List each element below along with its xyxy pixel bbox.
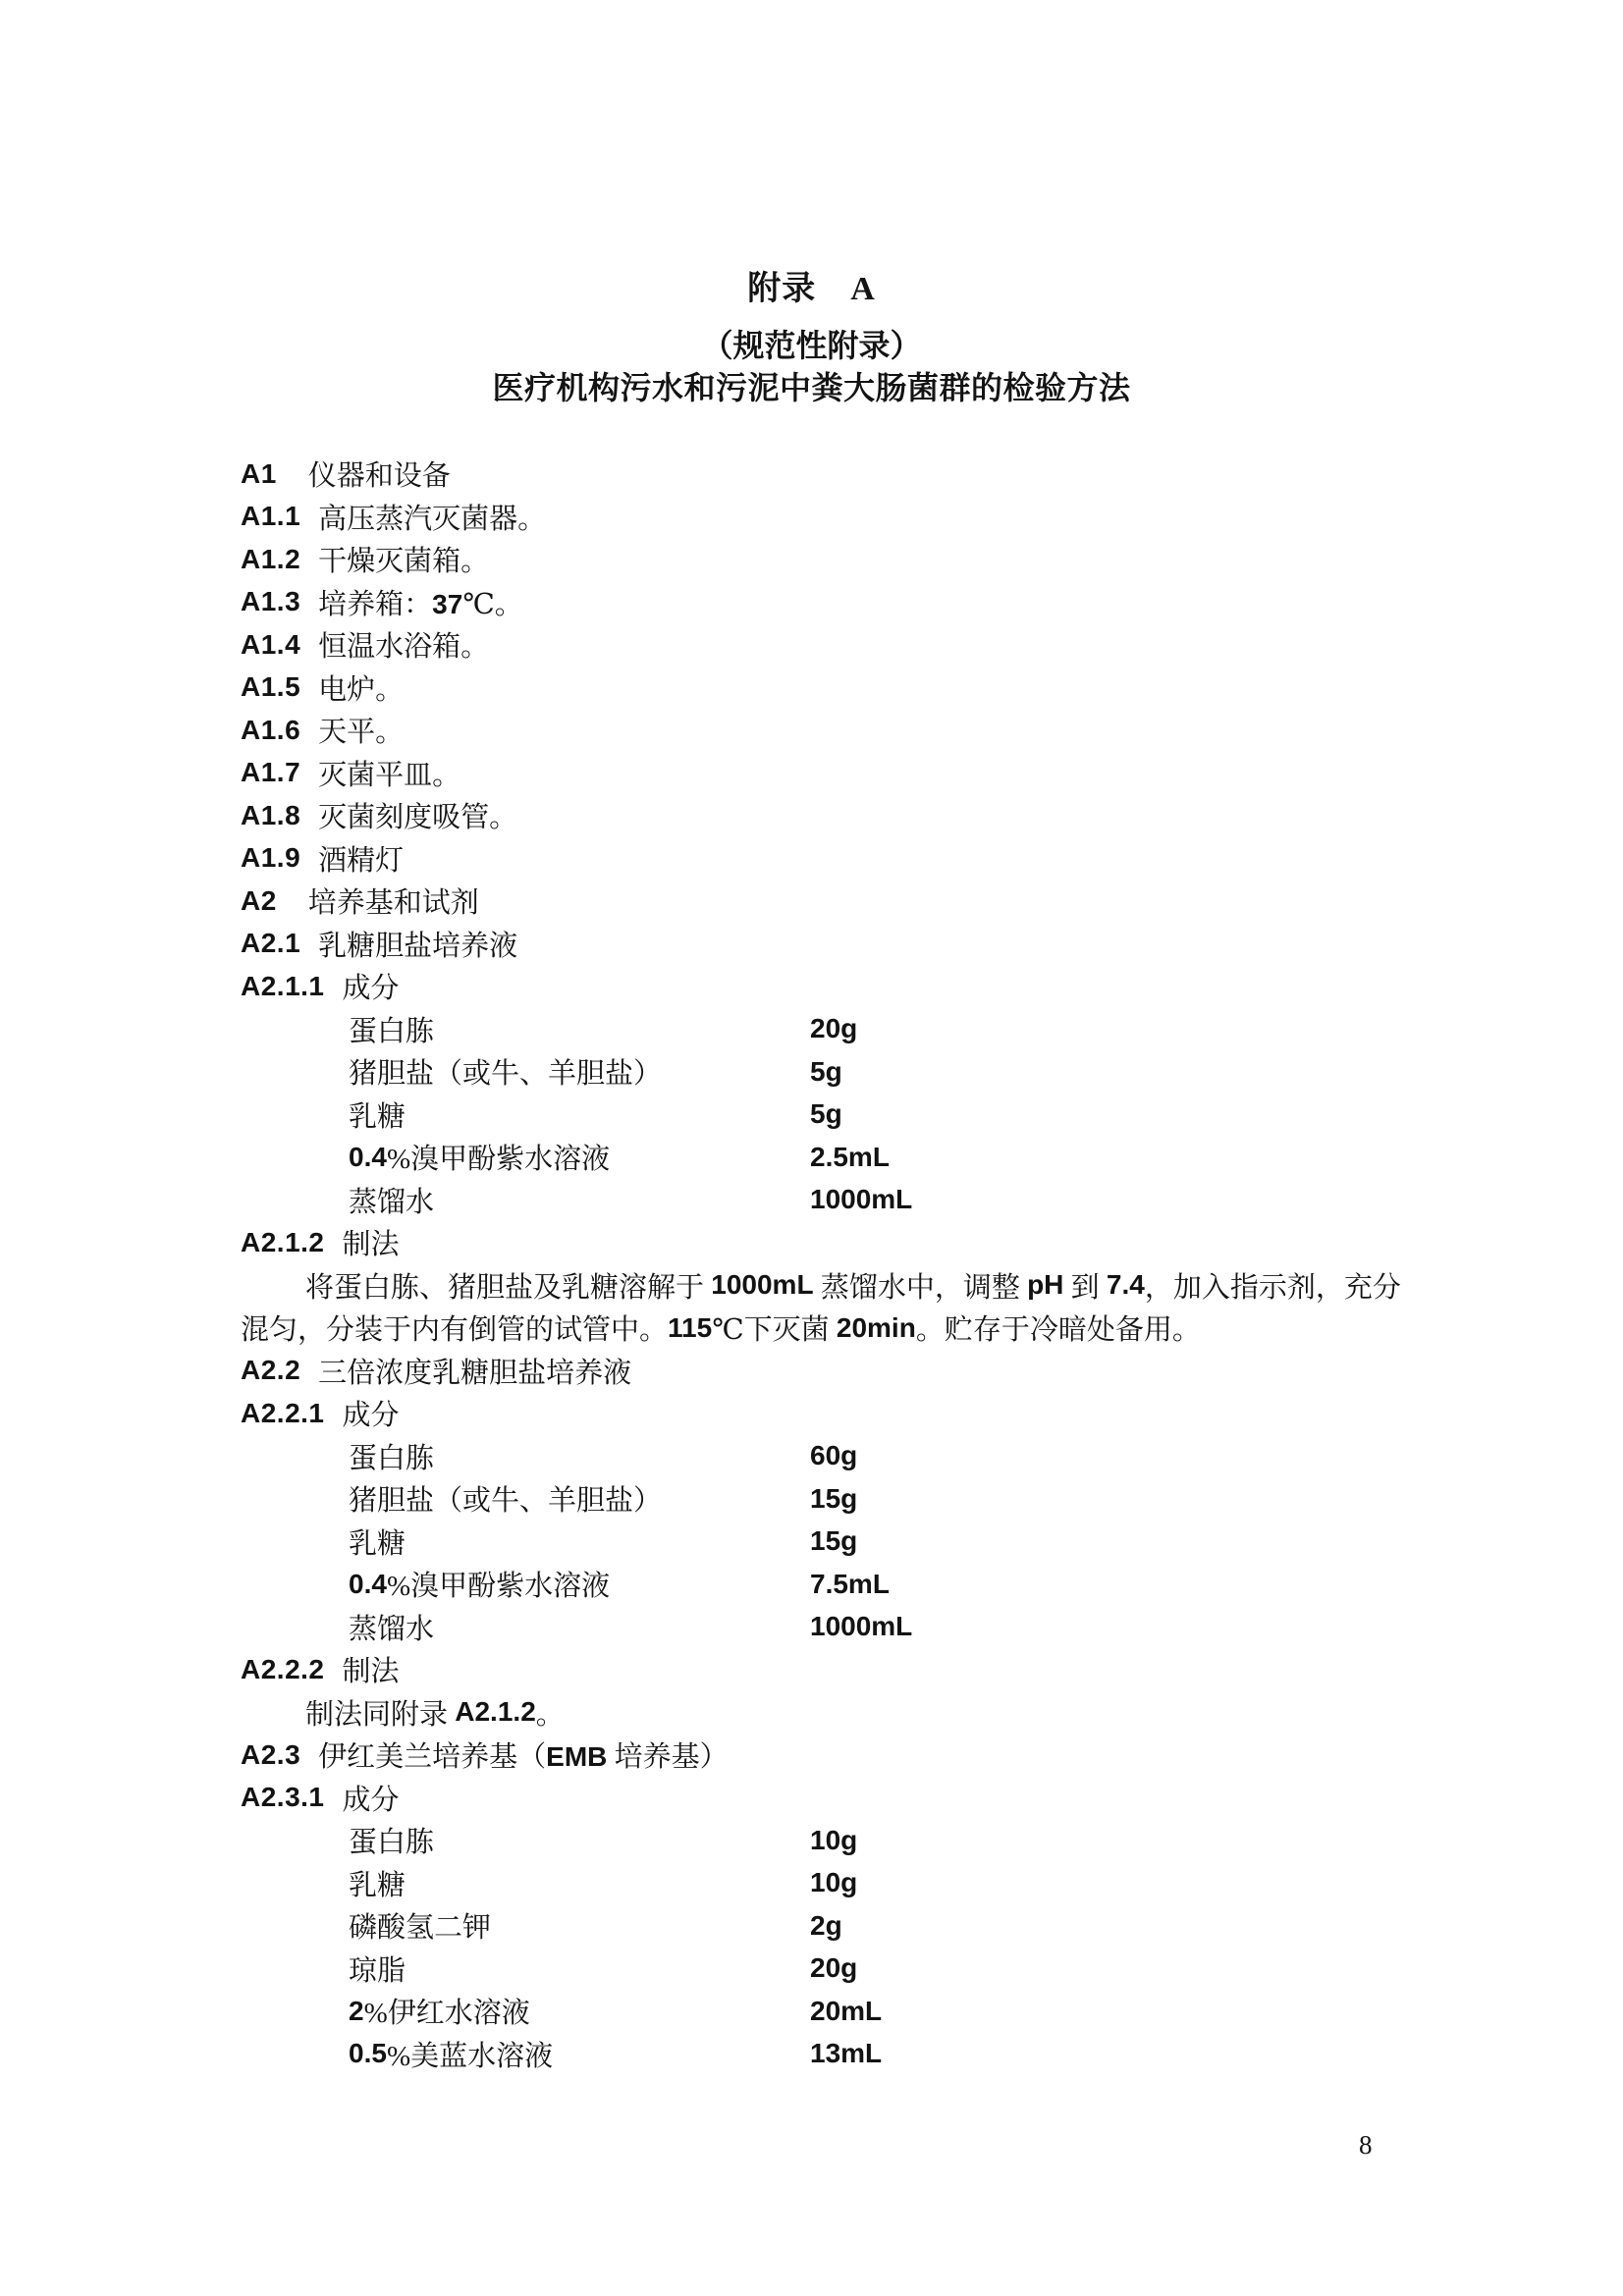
ingredient-row: 蒸馏水1000mL	[241, 1606, 1389, 1649]
text-segment: A2.1.2	[455, 1696, 536, 1728]
ingredient-label: 蛋白胨	[349, 1436, 434, 1476]
text-segment: 猪胆盐（或牛、羊胆盐）	[349, 1478, 662, 1519]
text-segment: 蛋白胨	[349, 1820, 434, 1860]
clause-text: 酒精灯	[318, 838, 404, 879]
clause-number: A1.1	[241, 501, 300, 532]
ingredient-row: 琼脂20g	[241, 1948, 1389, 1991]
clause-text: 恒温水浴箱。	[318, 624, 489, 665]
clause-line: A2.2三倍浓度乳糖胆盐培养液	[241, 1350, 1389, 1393]
clause-line: A1.3培养箱：37℃。	[241, 581, 1389, 624]
text-segment: pH	[1027, 1269, 1063, 1301]
ingredient-row: 乳糖5g	[241, 1094, 1389, 1137]
ingredient-label: 乳糖	[349, 1095, 406, 1135]
clause-line: A1.8灭菌刻度吸管。	[241, 794, 1389, 837]
clause-number: A1.9	[241, 842, 300, 874]
text-segment: 7.4	[1107, 1269, 1145, 1301]
ingredient-value: 20mL	[810, 1996, 882, 2027]
text-segment: %溴甲酚紫水溶液	[387, 1564, 610, 1604]
text-segment: 蛋白胨	[349, 1009, 434, 1049]
text-segment: 猪胆盐（或牛、羊胆盐）	[349, 1051, 662, 1092]
clause-text: 培养基和试剂	[308, 881, 479, 921]
clause-text: 干燥灭菌箱。	[318, 539, 489, 579]
document-title: 医疗机构污水和污泥中粪大肠菌群的检验方法	[0, 372, 1623, 403]
ingredient-label: 0.4%溴甲酚紫水溶液	[349, 1564, 610, 1604]
clause-number: A1	[241, 458, 277, 490]
text-segment: 培养箱：	[318, 589, 432, 620]
clause-number: A2.2.2	[241, 1654, 325, 1685]
ingredient-row: 乳糖15g	[241, 1521, 1389, 1564]
text-segment: 电炉。	[318, 674, 404, 706]
text-segment: 制法	[343, 1656, 400, 1687]
clause-line: A2.2.1成分	[241, 1392, 1389, 1435]
clause-number: A2.1.1	[241, 971, 325, 1002]
ingredient-value: 60g	[810, 1440, 857, 1471]
ingredient-label: 猪胆盐（或牛、羊胆盐）	[349, 1051, 662, 1092]
clause-line: A1.9酒精灯	[241, 837, 1389, 881]
clause-heading: A2培养基和试剂	[241, 880, 1389, 923]
ingredient-row: 蒸馏水1000mL	[241, 1179, 1389, 1222]
clause-line: A1.5电炉。	[241, 667, 1389, 710]
clause-text: 成分	[343, 1393, 400, 1433]
text-segment: 37	[432, 589, 462, 619]
clause-text: 制法	[343, 1222, 400, 1262]
clause-text: 乳糖胆盐培养液	[318, 924, 517, 964]
document-page: { "colors": { "background": "#ffffff", "…	[0, 0, 1623, 2296]
text-segment: 。	[536, 1692, 565, 1733]
text-segment: 2	[349, 1996, 364, 2027]
text-segment: 磷酸氢二钾	[349, 1905, 491, 1946]
text-segment: %伊红水溶液	[364, 1991, 530, 2031]
ingredient-row: 0.5%美蓝水溶液13mL	[241, 2033, 1389, 2076]
ingredient-label: 蒸馏水	[349, 1180, 434, 1220]
clause-text: 伊红美兰培养基（EMB 培养基）	[318, 1735, 729, 1775]
clause-line: A2.3伊红美兰培养基（EMB 培养基）	[241, 1734, 1389, 1777]
ingredient-value: 10g	[810, 1867, 857, 1898]
ingredient-value: 1000mL	[810, 1184, 912, 1215]
ingredient-label: 蛋白胨	[349, 1820, 434, 1860]
text-segment: 1000mL	[711, 1269, 813, 1301]
text-segment: 干燥灭菌箱。	[318, 546, 489, 577]
paragraph-line: 制法同附录 A2.1.2。	[241, 1691, 1389, 1735]
clause-line: A1.1高压蒸汽灭菌器。	[241, 496, 1389, 539]
ingredient-value: 5g	[810, 1056, 842, 1088]
clause-number: A1.2	[241, 544, 300, 575]
ingredient-value: 15g	[810, 1525, 857, 1557]
ingredient-label: 0.4%溴甲酚紫水溶液	[349, 1137, 610, 1177]
text-segment: 三倍浓度乳糖胆盐培养液	[318, 1358, 631, 1389]
appendix-subtitle: （规范性附录）	[0, 330, 1623, 361]
paragraph-line: 混匀，分装于内有倒管的试管中。115℃下灭菌 20min。贮存于冷暗处备用。	[241, 1307, 1389, 1350]
text-segment: 灭菌平皿。	[318, 760, 460, 791]
clause-text: 仪器和设备	[308, 454, 451, 494]
clause-number: A1.8	[241, 800, 300, 831]
text-segment: 20min	[837, 1312, 916, 1344]
clause-text: 三倍浓度乳糖胆盐培养液	[318, 1351, 631, 1391]
appendix-title: 附录 A	[0, 273, 1623, 306]
clause-text: 天平。	[318, 710, 404, 750]
ingredient-row: 乳糖10g	[241, 1862, 1389, 1905]
clause-number: A2.2	[241, 1355, 300, 1386]
ingredient-label: 猪胆盐（或牛、羊胆盐）	[349, 1478, 662, 1519]
text-segment: 将蛋白胨、猪胆盐及乳糖溶解于	[305, 1265, 711, 1306]
clause-line: A2.2.2制法	[241, 1648, 1389, 1691]
clause-number: A2	[241, 885, 277, 917]
text-segment: 0.4	[349, 1569, 387, 1600]
text-segment: EMB	[546, 1741, 607, 1772]
ingredient-label: 乳糖	[349, 1522, 406, 1562]
ingredient-row: 0.4%溴甲酚紫水溶液7.5mL	[241, 1563, 1389, 1606]
ingredient-label: 乳糖	[349, 1863, 406, 1903]
ingredient-row: 磷酸氢二钾2g	[241, 1904, 1389, 1948]
text-segment: ℃。	[462, 589, 522, 620]
clause-number: A2.2.1	[241, 1398, 325, 1429]
clause-line: A1.6天平。	[241, 709, 1389, 752]
clause-number: A2.3	[241, 1739, 300, 1771]
text-segment: 成分	[343, 1785, 400, 1816]
text-segment: 混匀，分装于内有倒管的试管中。	[241, 1308, 668, 1348]
ingredient-value: 2.5mL	[810, 1142, 890, 1173]
text-segment: 制法同附录	[305, 1692, 455, 1733]
text-segment: 0.4	[349, 1142, 387, 1173]
clause-text: 培养箱：37℃。	[318, 582, 523, 622]
ingredient-row: 2%伊红水溶液20mL	[241, 1990, 1389, 2033]
clause-text: 电炉。	[318, 667, 404, 708]
text-segment: 高压蒸汽灭菌器。	[318, 504, 546, 535]
text-segment: 乳糖	[349, 1522, 406, 1562]
clause-number: A2.3.1	[241, 1782, 325, 1813]
clause-number: A2.1.2	[241, 1227, 325, 1258]
text-segment: 酒精灯	[318, 845, 404, 877]
document-body: A1仪器和设备A1.1高压蒸汽灭菌器。A1.2干燥灭菌箱。A1.3培养箱：37℃…	[241, 453, 1389, 2075]
ingredient-value: 15g	[810, 1483, 857, 1515]
clause-line: A2.1.1成分	[241, 965, 1389, 1008]
clause-number: A1.6	[241, 715, 300, 746]
ingredient-row: 蛋白胨10g	[241, 1819, 1389, 1862]
ingredient-label: 磷酸氢二钾	[349, 1905, 491, 1946]
clause-line: A2.1乳糖胆盐培养液	[241, 923, 1389, 966]
text-segment: %美蓝水溶液	[387, 2034, 553, 2074]
ingredient-value: 1000mL	[810, 1611, 912, 1642]
ingredient-row: 猪胆盐（或牛、羊胆盐）5g	[241, 1050, 1389, 1094]
clause-text: 成分	[343, 966, 400, 1006]
ingredient-label: 0.5%美蓝水溶液	[349, 2034, 553, 2074]
text-segment: %溴甲酚紫水溶液	[387, 1137, 610, 1177]
ingredient-label: 2%伊红水溶液	[349, 1991, 530, 2031]
ingredient-value: 20g	[810, 1013, 857, 1044]
title-block: 附录 A （规范性附录） 医疗机构污水和污泥中粪大肠菌群的检验方法	[0, 273, 1623, 403]
text-segment: 蒸馏水	[349, 1607, 434, 1647]
clause-number: A2.1	[241, 928, 300, 959]
text-segment: ，加入指示剂，充分	[1145, 1265, 1401, 1306]
ingredient-row: 蛋白胨60g	[241, 1435, 1389, 1478]
ingredient-value: 20g	[810, 1952, 857, 1984]
text-segment: 培养基和试剂	[308, 887, 479, 919]
clause-line: A1.7灭菌平皿。	[241, 752, 1389, 795]
text-segment: 到	[1063, 1265, 1107, 1306]
clause-heading: A1仪器和设备	[241, 453, 1389, 496]
ingredient-row: 0.4%溴甲酚紫水溶液2.5mL	[241, 1136, 1389, 1179]
text-segment: 蛋白胨	[349, 1436, 434, 1476]
clause-text: 灭菌刻度吸管。	[318, 795, 517, 835]
text-segment: 成分	[343, 1400, 400, 1431]
ingredient-label: 琼脂	[349, 1949, 406, 1989]
text-segment: 蒸馏水中，调整	[814, 1265, 1028, 1306]
clause-text: 高压蒸汽灭菌器。	[318, 497, 546, 537]
page-number: 8	[1359, 2130, 1373, 2161]
ingredient-value: 5g	[810, 1098, 842, 1130]
ingredient-value: 13mL	[810, 2038, 882, 2069]
text-segment: ℃下灭菌	[712, 1308, 837, 1348]
text-segment: 天平。	[318, 717, 404, 748]
text-segment: 培养基）	[607, 1741, 728, 1773]
text-segment: 灭菌刻度吸管。	[318, 802, 517, 833]
text-segment: 琼脂	[349, 1949, 406, 1989]
text-segment: 成分	[343, 973, 400, 1004]
text-segment: 蒸馏水	[349, 1180, 434, 1220]
ingredient-label: 蛋白胨	[349, 1009, 434, 1049]
clause-number: A1.7	[241, 757, 300, 788]
text-segment: 乳糖	[349, 1863, 406, 1903]
clause-number: A1.4	[241, 629, 300, 661]
text-segment: 。贮存于冷暗处备用。	[916, 1308, 1201, 1348]
ingredient-row: 猪胆盐（或牛、羊胆盐）15g	[241, 1477, 1389, 1521]
ingredient-row: 蛋白胨20g	[241, 1008, 1389, 1051]
text-segment: 115	[668, 1312, 712, 1344]
text-segment: 制法	[343, 1229, 400, 1260]
paragraph-line: 将蛋白胨、猪胆盐及乳糖溶解于 1000mL 蒸馏水中，调整 pH 到 7.4，加…	[241, 1264, 1389, 1308]
ingredient-label: 蒸馏水	[349, 1607, 434, 1647]
clause-text: 成分	[343, 1778, 400, 1818]
clause-number: A1.3	[241, 586, 300, 617]
clause-number: A1.5	[241, 671, 300, 703]
text-segment: 乳糖胆盐培养液	[318, 931, 517, 962]
text-segment: 仪器和设备	[308, 460, 451, 492]
clause-text: 灭菌平皿。	[318, 753, 460, 793]
clause-line: A1.4恒温水浴箱。	[241, 623, 1389, 667]
clause-line: A2.1.2制法	[241, 1221, 1389, 1264]
text-segment: 伊红美兰培养基（	[318, 1741, 546, 1773]
clause-line: A2.3.1成分	[241, 1777, 1389, 1820]
ingredient-value: 7.5mL	[810, 1569, 890, 1600]
text-segment: 0.5	[349, 2038, 387, 2069]
text-segment: 恒温水浴箱。	[318, 631, 489, 663]
clause-text: 制法	[343, 1649, 400, 1689]
clause-line: A1.2干燥灭菌箱。	[241, 538, 1389, 581]
text-segment: 乳糖	[349, 1095, 406, 1135]
ingredient-value: 10g	[810, 1825, 857, 1856]
ingredient-value: 2g	[810, 1910, 842, 1942]
